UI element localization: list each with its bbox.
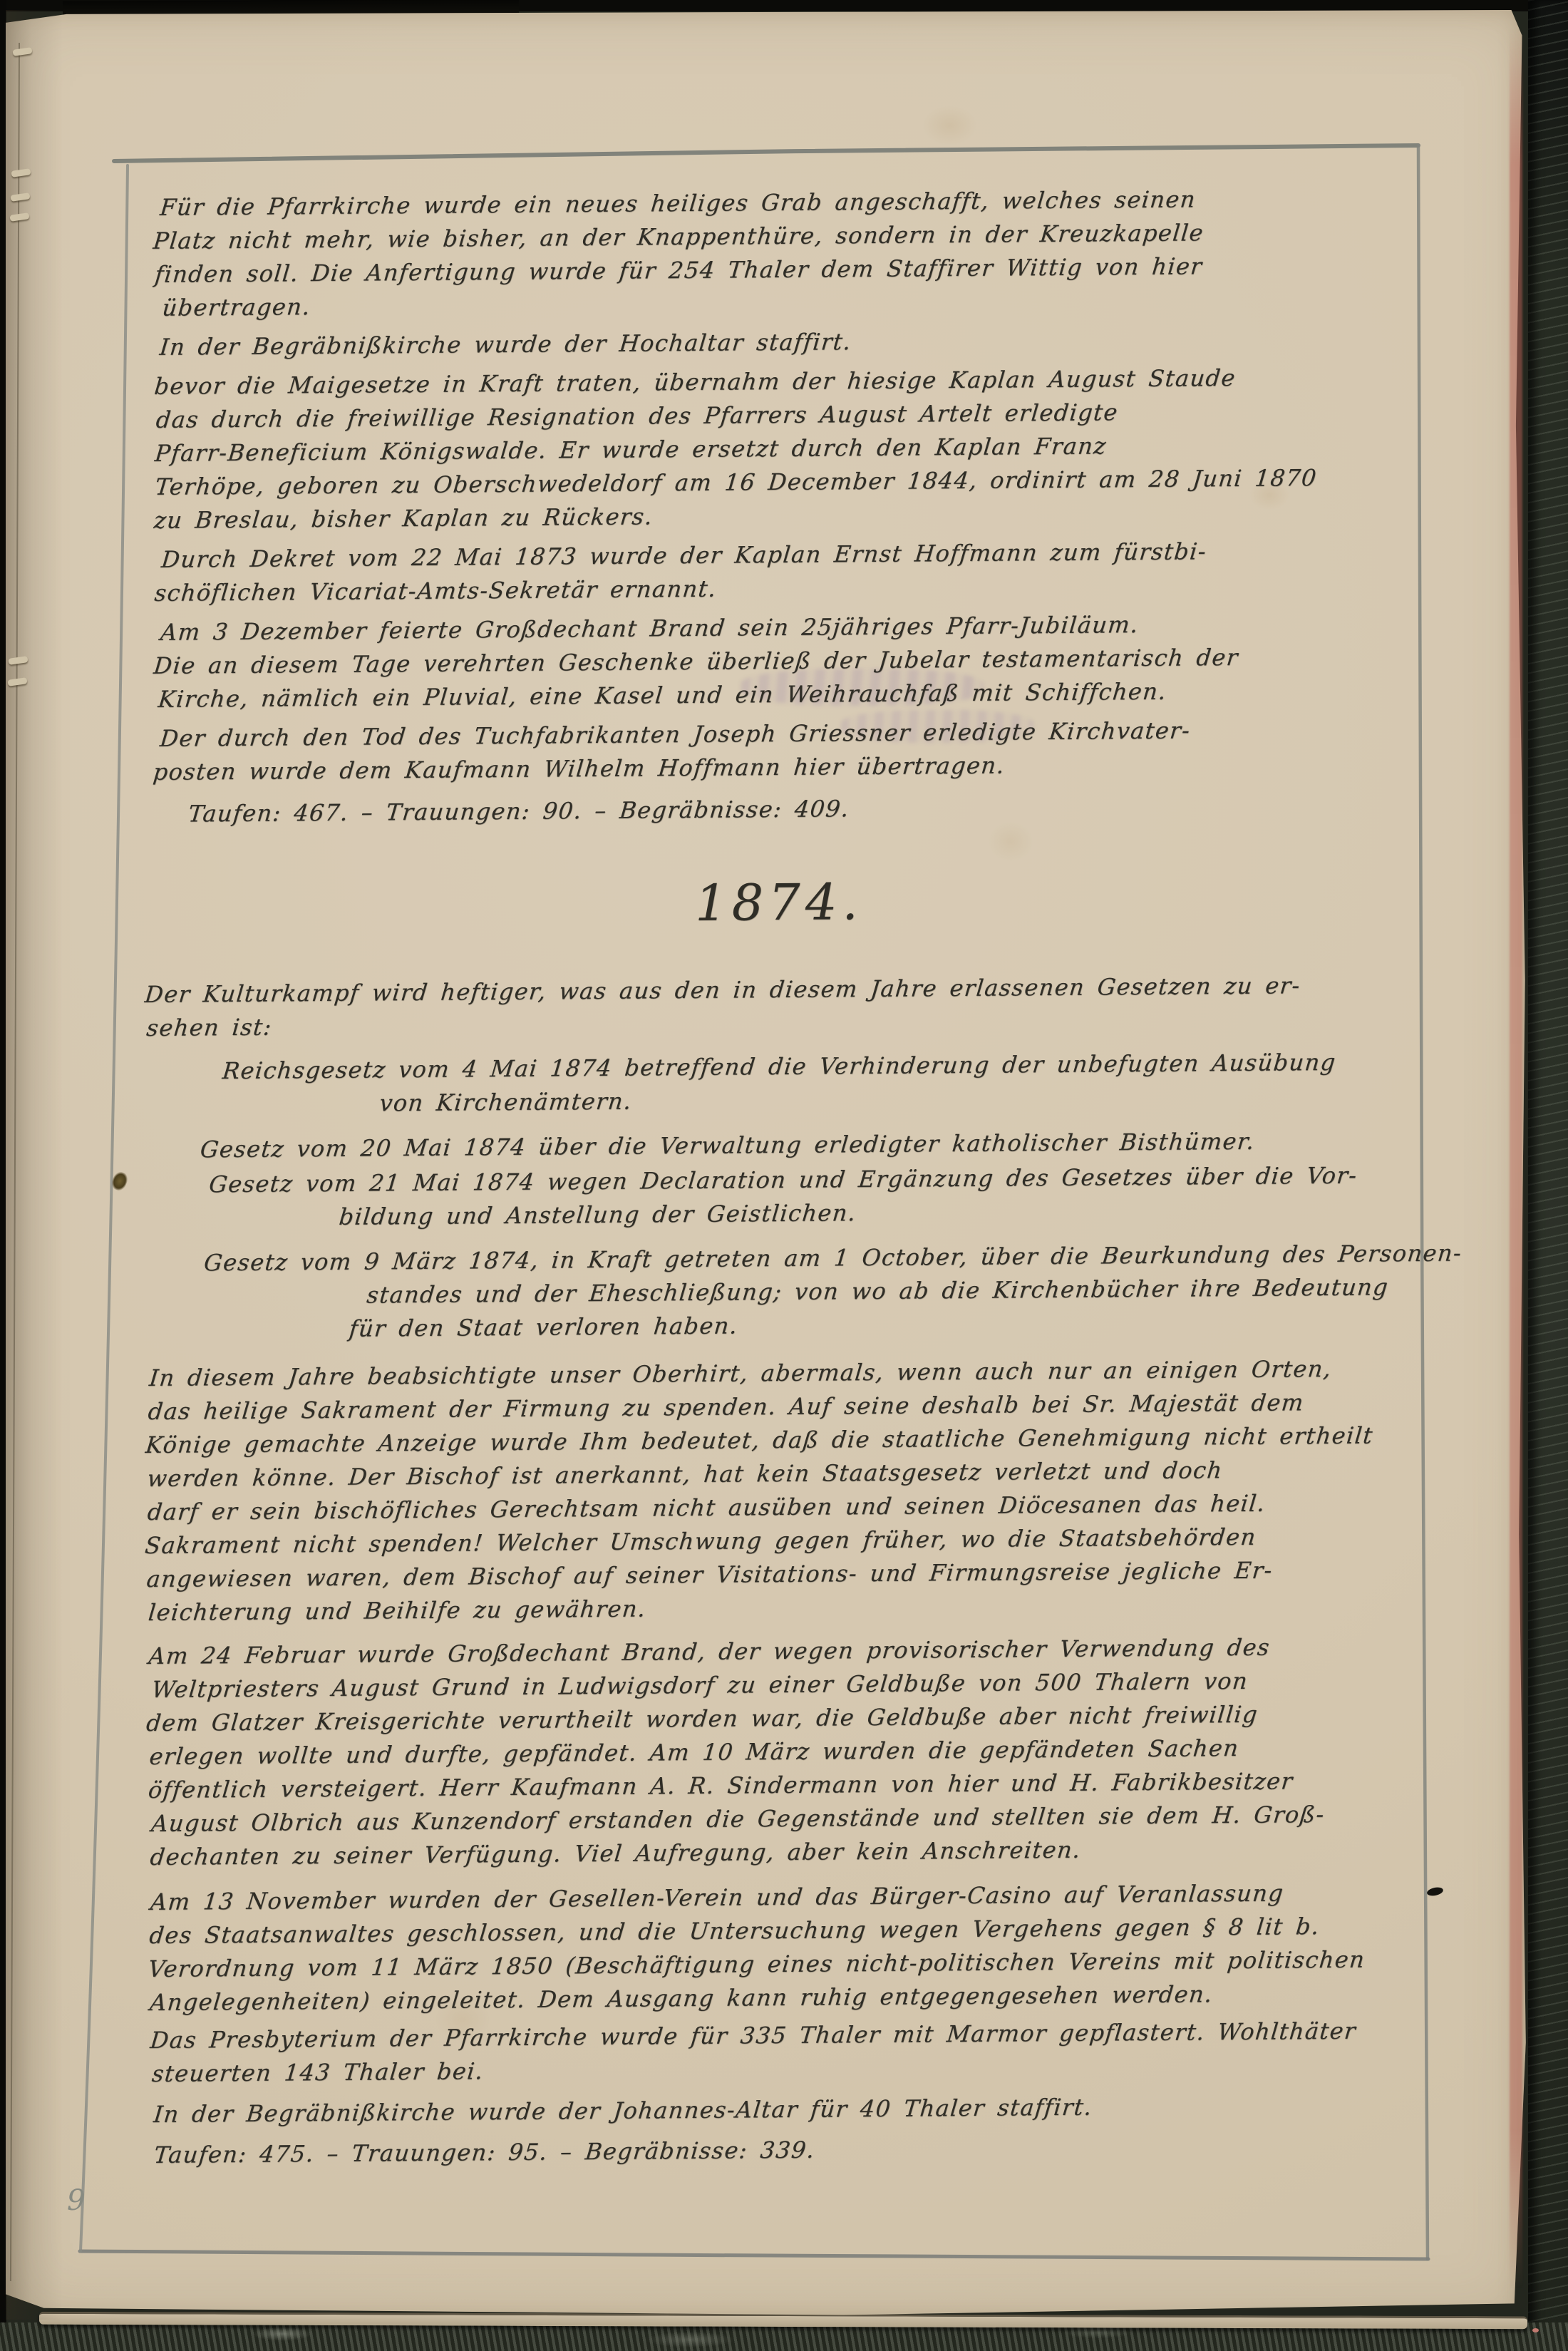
paragraph: Durch Dekret vom 22 Mai 1873 wurde der K…	[145, 533, 1436, 610]
year-heading: 1874.	[148, 867, 1410, 938]
paragraph: Das Presbyterium der Pfarrkirche wurde f…	[157, 2014, 1448, 2091]
paragraph: Reichsgesetz vom 4 Mai 1874 betreffend d…	[150, 1045, 1440, 1122]
cover-speck	[1532, 2328, 1539, 2332]
paragraph: In der Begräbnißkirche wurde der Hochalt…	[144, 321, 1434, 364]
red-fore-edge	[1510, 29, 1522, 2288]
text-column: Für die Pfarrkirche wurde ein neues heil…	[143, 181, 1448, 2172]
text-line: Taufen: 467. – Trauungen: 90. – Begräbni…	[187, 788, 1441, 831]
paragraph: Gesetz vom 9 März 1874, in Kraft getrete…	[151, 1237, 1442, 1347]
manuscript-page-scan: 9 Für die Pfarrkirche wurde ein neues he…	[0, 0, 1568, 2351]
paragraph: bevor die Maigesetze in Kraft traten, üb…	[144, 360, 1435, 537]
paragraph: In der Begräbnißkirche wurde der Johanne…	[158, 2088, 1448, 2131]
book-cover-right	[1528, 0, 1568, 2351]
paragraph: Für die Pfarrkirche wurde ein neues heil…	[143, 181, 1433, 325]
entries-1873: Für die Pfarrkirche wurde ein neues heil…	[143, 181, 1438, 831]
paragraph: In diesem Jahre beabsichtigte unser Ober…	[152, 1352, 1444, 1630]
paragraph: Gesetz vom 21 Mai 1874 wegen Declaration…	[150, 1158, 1441, 1235]
paragraph: Am 24 Februar wurde Großdechant Brand, d…	[154, 1630, 1446, 1874]
text-line: In der Begräbnißkirche wurde der Johanne…	[152, 2088, 1451, 2131]
paragraph: Am 3 Dezember feierte Großdechant Brand …	[146, 606, 1437, 716]
paragraph: Taufen: 467. – Trauungen: 90. – Begräbni…	[148, 788, 1438, 831]
paragraph: Am 13 November wurden der Gesellen-Verei…	[156, 1876, 1447, 2020]
entries-1874: Der Kulturkampf wird heftiger, was aus d…	[149, 968, 1448, 2172]
text-line: In der Begräbnißkirche wurde der Hochalt…	[158, 321, 1438, 364]
paragraph: Der durch den Tod des Tuchfabrikanten Jo…	[147, 712, 1438, 789]
paragraph: Der Kulturkampf wird heftiger, was aus d…	[149, 968, 1440, 1045]
